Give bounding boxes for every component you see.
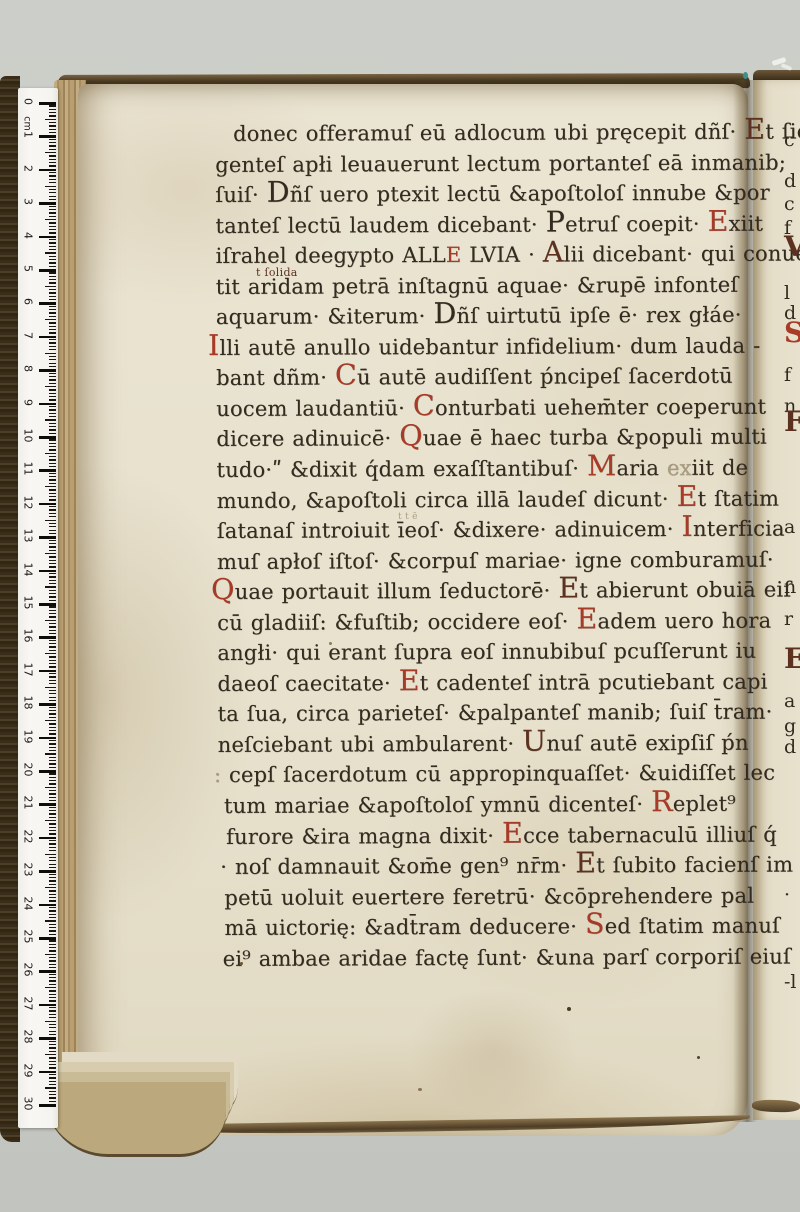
ruler-tick: [49, 342, 56, 343]
ruler-tick: [49, 1057, 56, 1058]
facing-page-letter-fragment: F: [784, 405, 800, 438]
ruler-tick: [45, 854, 56, 855]
ruler-number: 16: [22, 625, 35, 647]
ruler-tick: [49, 179, 56, 180]
ruler-tick: [49, 456, 56, 457]
ruler-tick: [49, 643, 56, 644]
ruler-number: 14: [22, 558, 35, 580]
ruler-tick: [49, 733, 56, 734]
initial-letter: C: [335, 358, 357, 392]
ruler-tick: [45, 419, 56, 420]
ruler-tick: [49, 129, 56, 130]
ruler-tick: [49, 189, 56, 190]
ruler-number: 23: [22, 859, 35, 881]
ruler-tick: [39, 937, 56, 940]
text-segment: neſciebant ubi ambularent·: [218, 732, 523, 757]
ruler-number: 0: [22, 91, 35, 113]
ruler-tick: [49, 676, 56, 677]
ruler-tick: [45, 453, 56, 454]
ruler-tick: [49, 543, 56, 544]
ruler-tick: [45, 753, 56, 754]
ruler-tick: [49, 483, 56, 484]
ruler-tick: [45, 687, 56, 688]
text-segment: t abierunt obuiā eiſ: [579, 578, 791, 603]
ruler-tick: [49, 279, 56, 280]
manuscript-line: ta ſua, circa parieteſ· &palpanteſ manib…: [218, 697, 758, 730]
ruler-tick: [39, 469, 56, 472]
ruler-tick: [49, 1014, 56, 1015]
ruler-tick: [49, 443, 56, 444]
ruler-tick: [49, 723, 56, 724]
ruler-tick: [49, 950, 56, 951]
ruler-tick: [49, 1034, 56, 1035]
ruler-tick: [39, 403, 56, 406]
ruler-tick: [49, 363, 56, 364]
ruler-tick: [45, 319, 56, 320]
ruler-tick: [49, 797, 56, 798]
facing-page-letter-fragment: S: [784, 316, 800, 349]
text-segment: onturbati uehem̄ter coeperunt: [435, 395, 766, 420]
ruler-tick: [49, 1024, 56, 1025]
ruler-tick: [49, 540, 56, 541]
manuscript-line: aquarum· &iterum· Dñſ uirtutū ipſe ē· re…: [216, 300, 756, 333]
ruler-tick: [49, 175, 56, 176]
ruler-tick: [49, 373, 56, 374]
text-segment: :: [214, 763, 229, 787]
ruler-tick: [39, 1071, 56, 1074]
text-segment: E: [446, 243, 462, 267]
ruler-tick: [39, 904, 56, 907]
ruler-tick: [49, 697, 56, 698]
text-segment: aquarum· &iterum·: [216, 304, 434, 329]
ruler-tick: [49, 479, 56, 480]
ruler-tick: [49, 833, 56, 834]
manuscript-line: mundo, &apoſtoli circa illā laudeſ dicun…: [217, 483, 757, 516]
manuscript-line: bant dñm· Cū autē audiſſent ṕncipeſ ſace…: [216, 361, 756, 394]
text-segment: iſrahel deegypto: [216, 243, 403, 268]
ruler-tick: [49, 489, 56, 490]
text-segment: t ſtatim: [698, 486, 780, 510]
ruler-tick: [39, 737, 56, 740]
page-edge-layer: [44, 1082, 226, 1157]
ruler-tick: [49, 249, 56, 250]
ruler-tick: [45, 186, 56, 187]
ruler-tick: [49, 760, 56, 761]
ruler-tick: [49, 509, 56, 510]
ruler-tick: [39, 102, 56, 105]
ruler-tick: [39, 202, 56, 205]
ruler-tick: [49, 1044, 56, 1045]
ruler-tick: [49, 226, 56, 227]
ruler-tick: [49, 600, 56, 601]
ruler-tick: [49, 326, 56, 327]
ruler-tick: [49, 640, 56, 641]
ruler-tick: [45, 620, 56, 621]
text-segment: ex: [667, 456, 692, 480]
ruler-number: 18: [22, 692, 35, 714]
ruler-tick: [49, 409, 56, 410]
ruler-tick: [45, 152, 56, 153]
ruler-tick: [45, 820, 56, 821]
ruler-tick: [39, 536, 56, 539]
ruler-number: 1: [22, 124, 35, 146]
facing-page-letter-fragment: g: [784, 715, 796, 737]
text-segment: uocem laudantiū·: [216, 396, 413, 421]
ruler-tick: [45, 119, 56, 120]
ruler-number: 25: [22, 926, 35, 948]
ruler-tick: [49, 894, 56, 895]
text-segment: ſatanaſ introiuit īeoſ· &dixere· adinuic…: [217, 517, 682, 543]
ruler-tick: [49, 139, 56, 140]
ruler-tick: [49, 446, 56, 447]
facing-page-letter-fragment: E: [784, 642, 800, 675]
ruler-tick: [49, 282, 56, 283]
text-segment: ·: [520, 243, 543, 267]
facing-page-letter-fragment: V: [784, 230, 800, 263]
ruler-tick: [49, 563, 56, 564]
ruler-tick: [49, 466, 56, 467]
ruler-tick: [49, 847, 56, 848]
manuscript-line: tum mariae &apoſtoloſ ymnū dicenteſ· Rep…: [224, 789, 758, 822]
ruler-tick: [49, 566, 56, 567]
manuscript-line: furore &ira magna dixit· Ecce tabernacul…: [226, 819, 758, 852]
initial-letter: Q: [211, 572, 235, 606]
ruler-tick: [49, 383, 56, 384]
text-segment: t ſubito facienſ im: [596, 853, 793, 878]
text-segment: ñſ uirtutū ipſe ē· rex głáe·: [456, 303, 741, 328]
ruler-tick: [39, 1104, 56, 1107]
ruler-number: 20: [22, 759, 35, 781]
ruler-tick: [49, 199, 56, 200]
parchment-speck: [418, 1088, 422, 1091]
ruler-tick: [49, 977, 56, 978]
manuscript-line: Illi autē anullo uidebantur infidelium· …: [208, 330, 756, 363]
ruler-tick: [49, 192, 56, 193]
text-segment: tanteſ lectū laudem dicebant·: [215, 212, 545, 237]
ruler-tick: [49, 1017, 56, 1018]
ruler-tick: [45, 486, 56, 487]
ruler-tick: [49, 910, 56, 911]
manuscript-line: ſatanaſ introiuit īeoſ· &dixere· adinuic…: [217, 514, 757, 547]
ruler-tick: [49, 656, 56, 657]
ruler-tick: [49, 693, 56, 694]
manuscript-line: angłi· qui erant ſupra eoſ innubibuſ pcu…: [217, 636, 757, 669]
ruler-tick: [49, 984, 56, 985]
initial-letter: E: [576, 601, 597, 635]
ruler-tick: [49, 1031, 56, 1032]
ruler-tick: [49, 850, 56, 851]
ruler-tick: [49, 396, 56, 397]
ruler-tick: [45, 887, 56, 888]
text-segment: daeoſ caecitate·: [217, 671, 398, 696]
ruler-tick: [49, 990, 56, 991]
ruler-tick: [49, 172, 56, 173]
ruler-tick: [39, 1004, 56, 1007]
text-segment: tum mariae &apoſtoloſ ymnū dicenteſ·: [224, 792, 651, 818]
ruler-tick: [45, 787, 56, 788]
initial-letter: E: [676, 478, 697, 512]
ruler-tick: [49, 1101, 56, 1102]
text-segment: iit de: [692, 456, 749, 480]
ruler-tick: [49, 877, 56, 878]
text-segment: lii dicebant· qui conuer: [564, 242, 800, 267]
facing-page-letter-fragment: l: [784, 282, 790, 304]
ruler-tick: [49, 650, 56, 651]
ruler-tick: [49, 439, 56, 440]
ruler-tick: [49, 800, 56, 801]
ruler-tick: [49, 406, 56, 407]
manuscript-line: ei⁹ ambae aridae factę ſunt· &una parſ c…: [223, 941, 759, 974]
ruler-tick: [49, 246, 56, 247]
text-segment: mā uictorię: &adt̄ram deducere·: [224, 915, 585, 941]
ruler-tick: [49, 1007, 56, 1008]
ruler-tick: [45, 920, 56, 921]
ruler-tick: [49, 1061, 56, 1062]
ruler-tick: [49, 516, 56, 517]
ruler-tick: [49, 944, 56, 945]
ruler-tick: [49, 132, 56, 133]
ruler-tick: [39, 135, 56, 138]
ruler-tick: [49, 493, 56, 494]
ruler-tick: [49, 209, 56, 210]
ruler-tick: [49, 813, 56, 814]
ruler-tick: [49, 907, 56, 908]
ruler-tick: [49, 967, 56, 968]
ruler-tick: [49, 239, 56, 240]
ruler-tick: [49, 727, 56, 728]
ruler-tick: [49, 556, 56, 557]
ruler-tick: [45, 653, 56, 654]
ruler-tick: [49, 666, 56, 667]
text-segment: ed ſtatim manuſ: [605, 914, 780, 939]
ruler-number: 11: [22, 458, 35, 480]
ruler-tick: [49, 125, 56, 126]
manuscript-line: daeoſ caecitate· Et cadenteſ intrā pcuti…: [217, 666, 757, 699]
ruler-tick: [49, 413, 56, 414]
initial-letter: E: [575, 845, 596, 879]
ruler-tick: [49, 229, 56, 230]
manuscript-line: tanteſ lectū laudem dicebant· Petruſ coe…: [215, 208, 755, 241]
ruler-tick: [49, 533, 56, 534]
facing-page-letter-fragment: n: [784, 576, 796, 598]
ruler-tick: [49, 142, 56, 143]
ruler-tick: [49, 700, 56, 701]
ruler-tick: [49, 332, 56, 333]
text-segment: xiit: [729, 211, 764, 235]
manuscript-photo: cm 0123456789101112131415161718192021222…: [0, 0, 800, 1212]
ruler-tick: [49, 526, 56, 527]
ruler-tick: [49, 165, 56, 166]
ruler-tick: [49, 914, 56, 915]
ruler-tick: [49, 1051, 56, 1052]
ruler-tick: [49, 459, 56, 460]
initial-letter: E: [502, 815, 523, 849]
manuscript-line: cū gladiiſ: &fuſtib; occidere eoſ· Eadem…: [217, 605, 757, 638]
ruler-tick: [49, 606, 56, 607]
ruler-tick: [49, 423, 56, 424]
ruler-tick: [49, 266, 56, 267]
text-segment: cepſ ſacerdotum cū appropinquaſſet· &uid…: [229, 761, 775, 787]
ruler-tick: [45, 987, 56, 988]
ruler-tick: [49, 663, 56, 664]
ruler-tick: [49, 680, 56, 681]
ruler-tick: [49, 840, 56, 841]
ruler-tick: [49, 994, 56, 995]
binding-thread-mark: [743, 72, 748, 79]
text-segment: · noſ damnauit &om̄e gen⁹ nr̄m·: [220, 854, 575, 880]
facing-page-letter-fragment: c: [784, 193, 795, 215]
ruler-tick: [49, 159, 56, 160]
initial-letter: M: [587, 448, 617, 482]
ruler-tick: [49, 289, 56, 290]
ruler-tick: [45, 1087, 56, 1088]
ruler-tick: [49, 580, 56, 581]
ruler-tick: [49, 827, 56, 828]
ruler-tick: [49, 1064, 56, 1065]
ruler-tick: [49, 710, 56, 711]
ruler-tick: [49, 399, 56, 400]
ruler-tick: [39, 503, 56, 506]
ruler-tick: [49, 149, 56, 150]
ruler-tick: [39, 670, 56, 673]
ruler-tick: [49, 780, 56, 781]
ruler-tick: [49, 546, 56, 547]
ruler-number: 27: [22, 992, 35, 1014]
facing-page-letter-fragment: r: [784, 608, 793, 630]
ruler-tick: [49, 947, 56, 948]
ruler-tick: [49, 940, 56, 941]
ruler-number: 2: [22, 157, 35, 179]
ruler-tick: [39, 302, 56, 305]
text-segment: ALL: [402, 243, 446, 267]
manuscript-line: genteſ apłi leuauerunt lectum portanteſ …: [215, 147, 755, 180]
facing-page-letter-fragment: f: [784, 364, 791, 386]
ruler-tick: [45, 954, 56, 955]
initial-letter: E: [744, 112, 765, 146]
ruler-tick: [49, 1094, 56, 1095]
ruler-number: 30: [22, 1093, 35, 1115]
parchment-speck: [697, 1056, 700, 1059]
ruler-tick: [49, 449, 56, 450]
ruler-tick: [49, 930, 56, 931]
ruler-tick: [45, 553, 56, 554]
ruler-tick: [49, 115, 56, 116]
text-segment: cū gladiiſ: &fuſtib; occidere eoſ·: [217, 609, 576, 635]
ruler-tick: [49, 242, 56, 243]
text-segment: furore &ira magna dixit·: [226, 823, 502, 848]
ruler-tick: [49, 222, 56, 223]
ruler-tick: [49, 974, 56, 975]
ruler-tick: [49, 463, 56, 464]
ruler-number: 24: [22, 892, 35, 914]
text-segment: mundo, &apoſtoli circa illā laudeſ dicun…: [217, 487, 677, 513]
initial-letter: A: [543, 235, 564, 269]
ruler-tick: [49, 717, 56, 718]
ruler-tick: [49, 1077, 56, 1078]
initial-letter: E: [558, 571, 579, 605]
ruler-tick: [49, 276, 56, 277]
ruler-tick: [49, 105, 56, 106]
ruler-tick: [49, 346, 56, 347]
manuscript-line: : cepſ ſacerdotum cū appropinquaſſet· &u…: [214, 758, 758, 791]
ruler-tick: [49, 1074, 56, 1075]
ruler-tick: [49, 626, 56, 627]
ruler-tick: [49, 867, 56, 868]
ruler-tick: [49, 1081, 56, 1082]
ruler-number: 12: [22, 491, 35, 513]
ruler-tick: [49, 1067, 56, 1068]
ruler-tick: [49, 957, 56, 958]
ruler-number: 3: [22, 191, 35, 213]
ruler-tick: [45, 586, 56, 587]
facing-page-letter-fragment: a: [784, 690, 795, 712]
ruler-tick: [49, 322, 56, 323]
text-segment: bant dñm·: [216, 366, 335, 391]
ruler-tick: [39, 336, 56, 339]
text-segment: muſ apłoſ iſtoſ· &corpuſ mariae· igne co…: [217, 547, 774, 573]
ruler-number: 28: [22, 1026, 35, 1048]
interlinear-gloss: t t ē: [398, 512, 418, 522]
ruler-tick: [49, 359, 56, 360]
ruler-number: 7: [22, 324, 35, 346]
ruler-tick: [49, 122, 56, 123]
ruler-tick: [49, 306, 56, 307]
ruler-tick: [49, 934, 56, 935]
initial-letter: E: [399, 663, 420, 697]
text-segment: genteſ apłi leuauerunt lectum portanteſ …: [215, 150, 786, 176]
text-segment: ſuiſ·: [215, 183, 266, 207]
ruler-number: 5: [22, 258, 35, 280]
stacked-pages-corner: [44, 1058, 244, 1178]
ruler-tick: [49, 416, 56, 417]
ruler-tick: [49, 112, 56, 113]
ruler-number: 9: [22, 391, 35, 413]
ruler-tick: [49, 312, 56, 313]
ruler-tick: [49, 897, 56, 898]
ruler-tick: [39, 570, 56, 573]
ruler-tick: [49, 109, 56, 110]
ruler-tick: [39, 770, 56, 773]
facing-page-letter-fragment: d: [784, 736, 796, 758]
text-segment: donec offeramuſ eū adlocum ubi pręcepit …: [233, 120, 744, 146]
ruler-tick: [49, 296, 56, 297]
ruler-tick: [49, 145, 56, 146]
manuscript-text: donec offeramuſ eū adlocum ubi pręcepit …: [215, 117, 759, 975]
ruler-number: 19: [22, 725, 35, 747]
text-segment: dicere adinuicē·: [216, 427, 399, 452]
ruler-tick: [49, 349, 56, 350]
ruler-tick: [49, 196, 56, 197]
ruler-tick: [49, 884, 56, 885]
manuscript-line: ſuiſ· Dñſ uero ptexit lectū &apoſtoloſ i…: [215, 178, 755, 211]
ruler-tick: [49, 683, 56, 684]
ruler-tick: [49, 316, 56, 317]
text-segment: adem uero hora: [597, 608, 771, 633]
ruler-tick: [49, 530, 56, 531]
ruler-number: 10: [22, 425, 35, 447]
ruler-tick: [49, 206, 56, 207]
ruler-tick: [49, 1027, 56, 1028]
ruler-tick: [49, 860, 56, 861]
ruler-tick: [49, 182, 56, 183]
initial-letter: R: [651, 784, 673, 818]
initial-letter: Q: [399, 419, 423, 453]
ruler-tick: [49, 162, 56, 163]
text-segment: cce tabernaculū illiuſ q́: [523, 822, 777, 847]
ruler-tick: [49, 366, 56, 367]
ruler-tick: [39, 269, 56, 272]
manuscript-line: petū uoluit euertere feretrū· &cōprehend…: [224, 880, 758, 913]
